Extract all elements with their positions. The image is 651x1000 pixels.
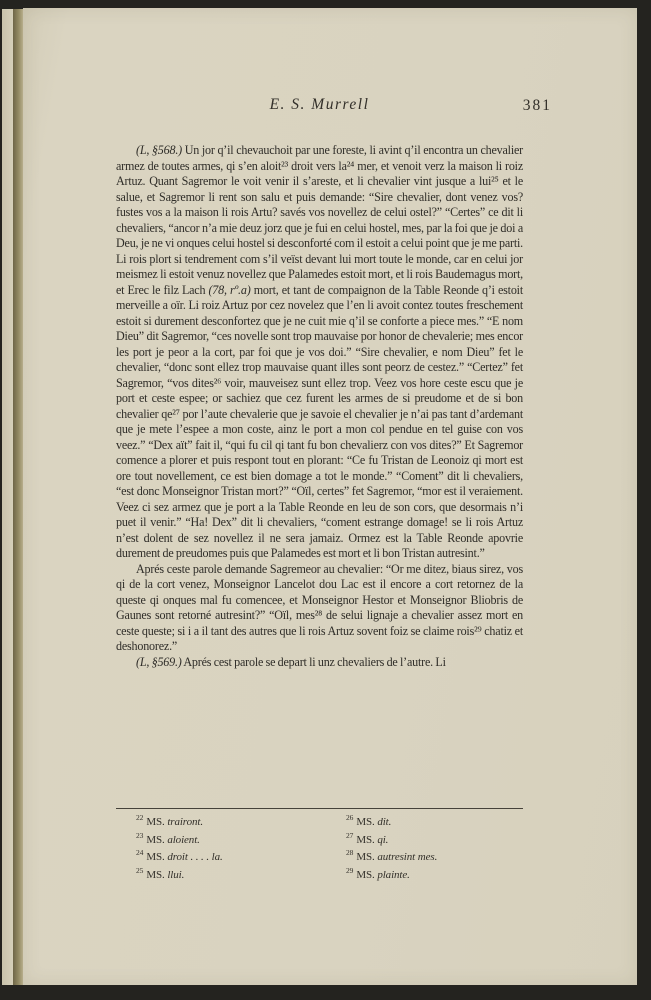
footnotes-left-column: 22MS. trairont. 23MS. aloient. 24MS. dro… — [136, 814, 336, 884]
footnote-23: 23MS. aloient. — [136, 832, 336, 850]
book-gutter-shadow — [13, 9, 23, 985]
footnote-text: MS. plainte. — [356, 869, 410, 881]
footnote-28: 28MS. autresint mes. — [346, 849, 546, 867]
footnote-26: 26MS. dit. — [346, 814, 546, 832]
footnote-marker: 26 — [346, 813, 353, 822]
footnote-marker: 28 — [346, 848, 353, 857]
footnote-25: 25MS. llui. — [136, 867, 336, 885]
footnote-text: MS. llui. — [146, 869, 184, 881]
previous-page-edge — [2, 9, 13, 985]
footnote-text: MS. droit . . . . la. — [146, 851, 222, 863]
footnote-marker: 23 — [136, 831, 143, 840]
footnote-marker: 25 — [136, 866, 143, 875]
page-number: 381 — [523, 97, 552, 115]
paragraph-dialogue: Aprés ceste parole demande Sagremeor au … — [116, 562, 523, 655]
book-page: E. S. Murrell 381 (L, §568.) Un jor q’il… — [23, 8, 637, 985]
scan-background: E. S. Murrell 381 (L, §568.) Un jor q’il… — [0, 0, 651, 1000]
footnote-text: MS. trairont. — [146, 816, 203, 828]
footnote-24: 24MS. droit . . . . la. — [136, 849, 336, 867]
footnote-text: MS. aloient. — [146, 834, 200, 846]
footnote-marker: 22 — [136, 813, 143, 822]
footnote-marker: 27 — [346, 831, 353, 840]
footnote-marker: 29 — [346, 866, 353, 875]
paragraph-568: (L, §568.) Un jor q’il chevauchoit par u… — [116, 143, 523, 562]
body-text: (L, §568.) Un jor q’il chevauchoit par u… — [116, 143, 523, 670]
footnote-rule — [116, 808, 523, 809]
footnote-27: 27MS. qi. — [346, 832, 546, 850]
footnote-29: 29MS. plainte. — [346, 867, 546, 885]
footnote-marker: 24 — [136, 848, 143, 857]
footnote-text: MS. qi. — [356, 834, 388, 846]
page-header: E. S. Murrell 381 — [116, 96, 523, 122]
footnote-text: MS. dit. — [356, 816, 391, 828]
footnote-22: 22MS. trairont. — [136, 814, 336, 832]
paragraph-569: (L, §569.) Aprés cest parole se depart l… — [116, 655, 523, 671]
footnotes-right-column: 26MS. dit. 27MS. qi. 28MS. autresint mes… — [346, 814, 546, 884]
running-head-author: E. S. Murrell — [270, 96, 370, 113]
footnote-text: MS. autresint mes. — [356, 851, 437, 863]
